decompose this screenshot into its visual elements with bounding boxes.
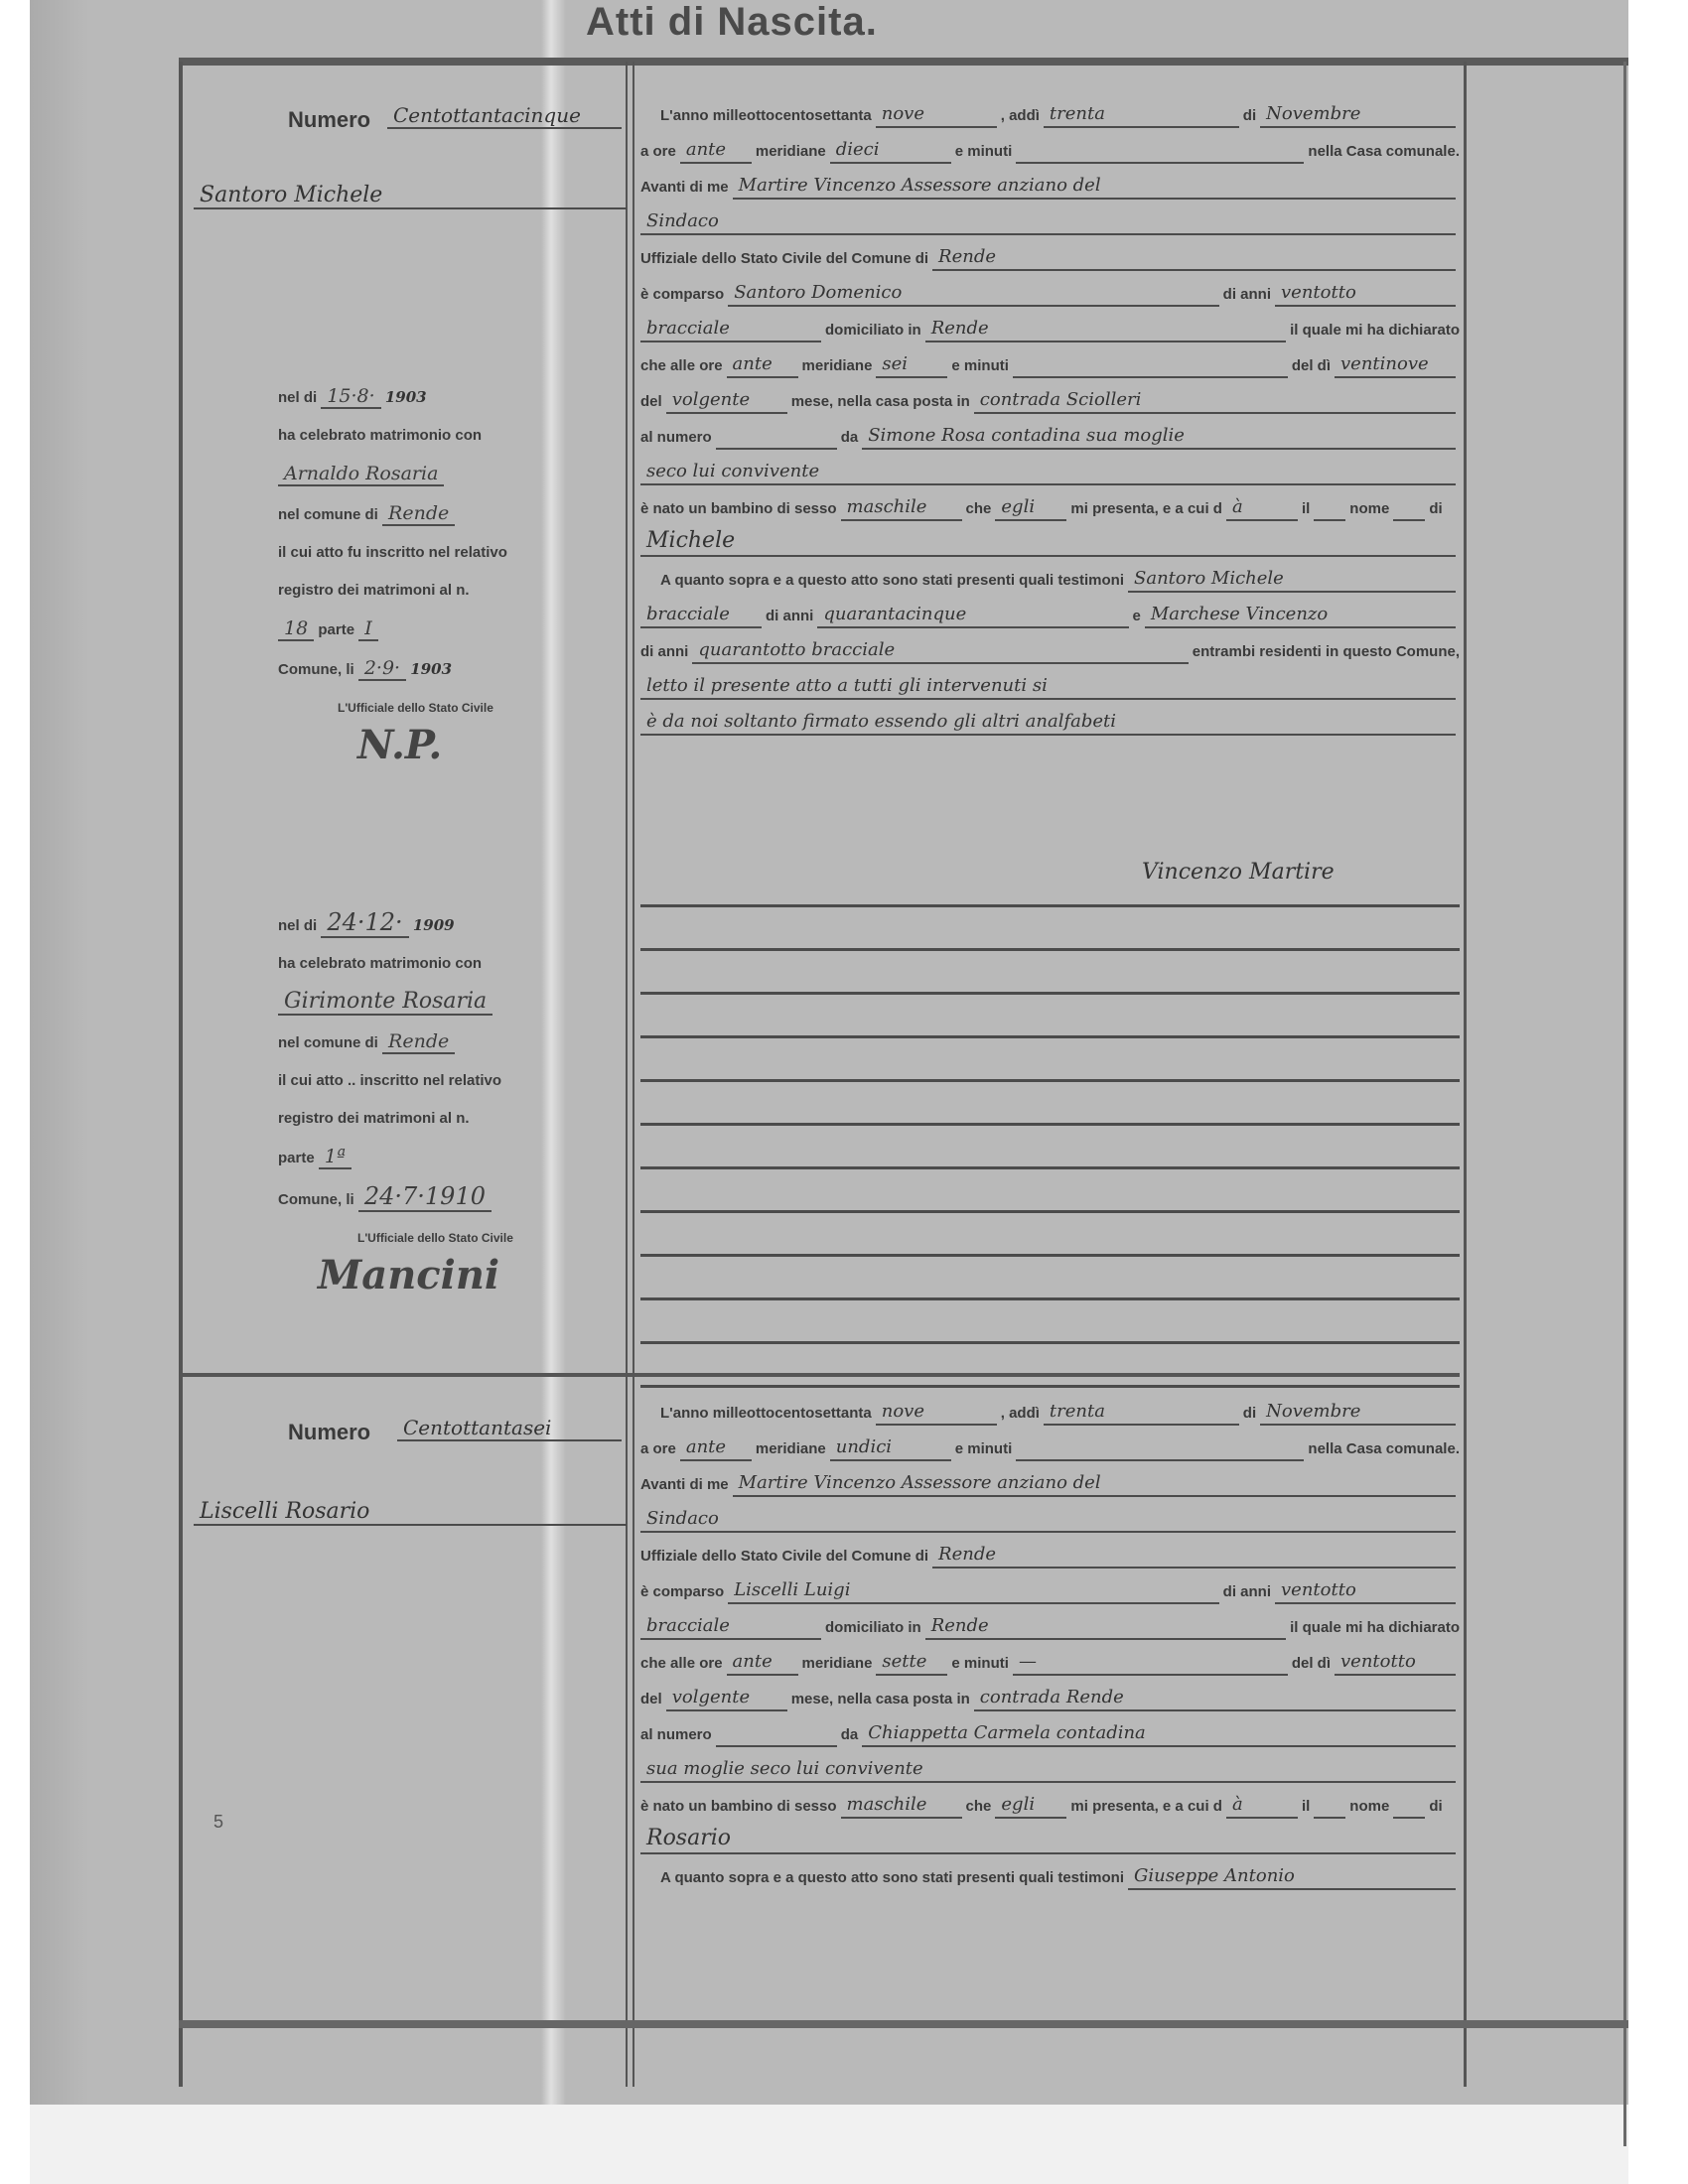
record2-body: L'anno milleottocentosettantanove, addìt… (640, 1392, 1460, 1892)
page-bottom-margin (30, 2105, 1628, 2184)
record2-given-name: Rosario (640, 1826, 1456, 1854)
record1-given-name: Michele (640, 528, 1456, 557)
record1-numero-value: Centottantacinque (387, 103, 622, 129)
record2-child-name: Liscelli Rosario (194, 1499, 627, 1526)
spouse-name: Arnaldo Rosaria (278, 463, 444, 486)
officer-signature: N.P. (278, 727, 536, 764)
page-edge-line (1623, 62, 1626, 2146)
record2-numero-value: Centottantasei (397, 1416, 622, 1441)
page-mark: 5 (213, 1812, 223, 1833)
record1-marriage-annotation-2: nel di 24·12· 1909 ha celebrato matrimon… (278, 903, 536, 1295)
record1-blank-lines (640, 864, 1460, 1388)
record1-child-name: Santoro Michele (194, 183, 627, 209)
column-divider (626, 62, 634, 2087)
bottom-rule (179, 2020, 1628, 2028)
record1-body: L'anno milleottocentosettantanove, addìt… (640, 94, 1460, 738)
spouse-name: Girimonte Rosaria (278, 989, 492, 1016)
record1-numero-label: Numero (288, 107, 370, 133)
document-title: Atti di Nascita. (586, 0, 878, 45)
officer-signature: Mancini (278, 1257, 536, 1295)
record1-marriage-annotation-1: nel di 15·8· 1903 ha celebrato matrimoni… (278, 377, 536, 764)
record2-numero-label: Numero (288, 1420, 370, 1445)
